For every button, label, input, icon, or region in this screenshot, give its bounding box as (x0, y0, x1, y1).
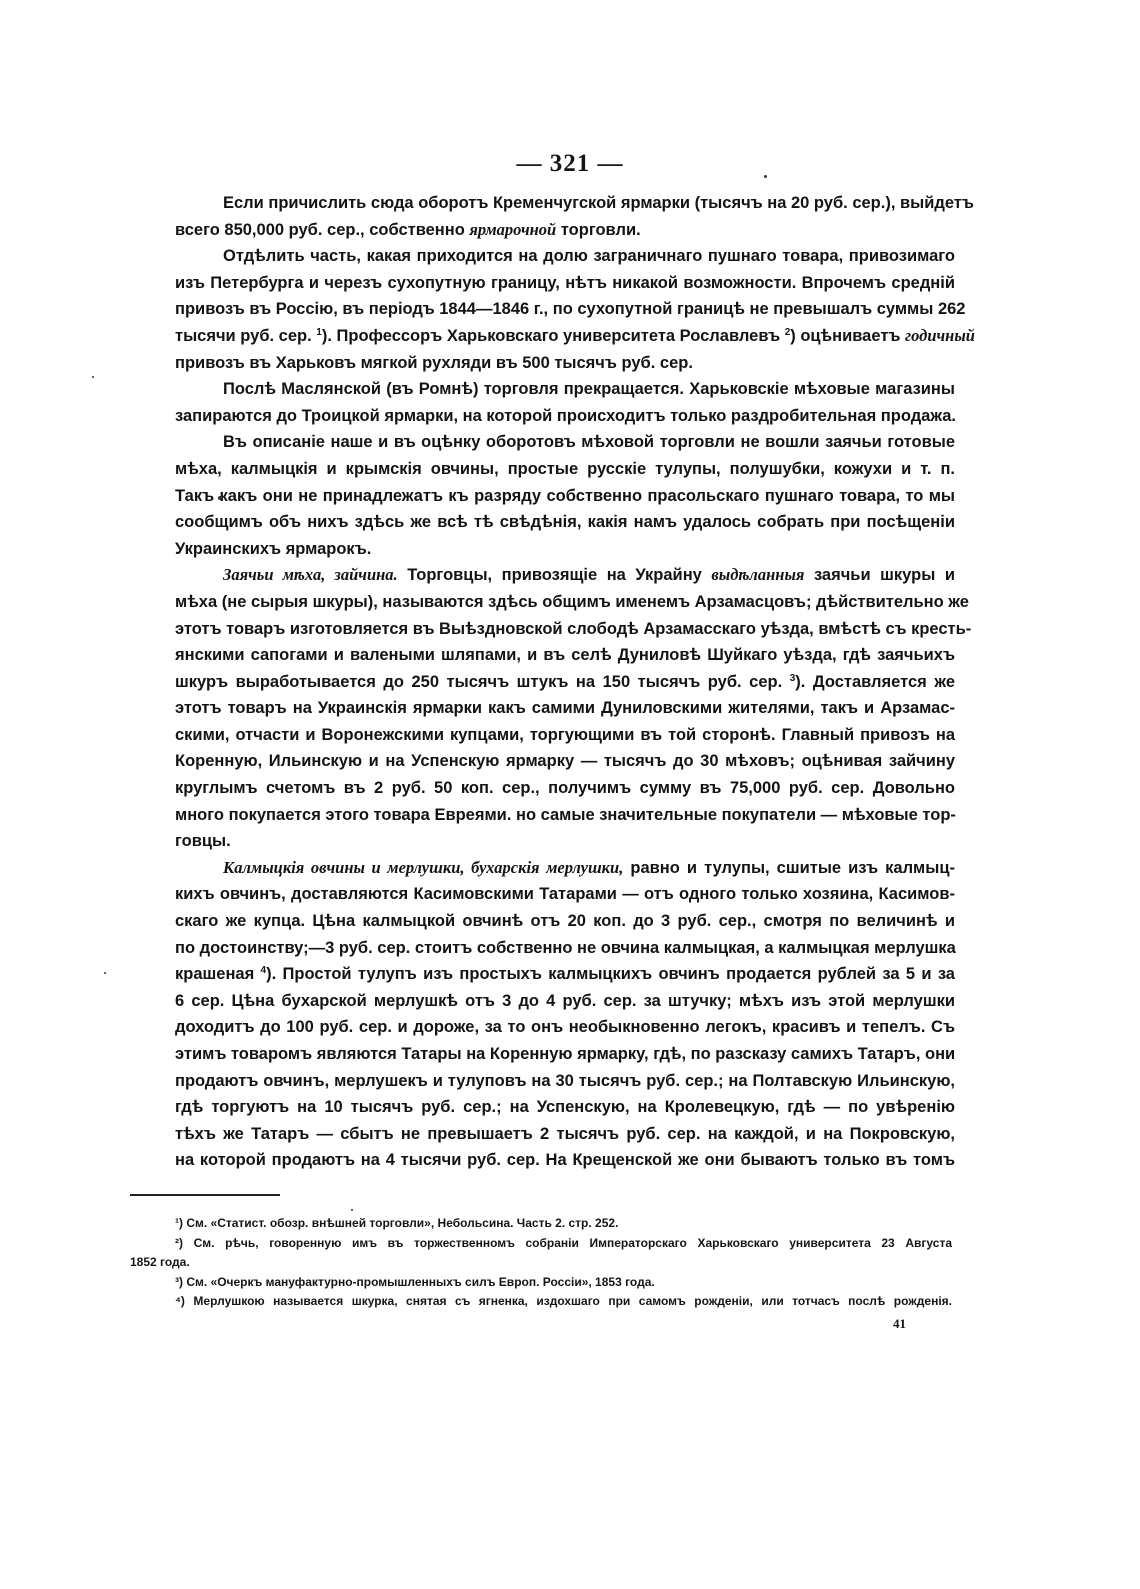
scan-speck (92, 376, 94, 378)
text-run: этотъ товаръ изготовляется въ Выѣздновск… (175, 620, 971, 638)
text-run: ). Доставляется же (795, 673, 955, 691)
text-run: Если причислить сюда оборотъ Кременчугск… (223, 194, 974, 212)
text-line: 6 сер. Цѣна бухарской мерлушкѣ отъ 3 до … (175, 988, 955, 1015)
text-line: мѣха (не сырыя шкуры), называются здѣсь … (175, 589, 955, 616)
text-run: тысячи руб. сер. (175, 327, 316, 345)
text-line: круглымъ счетомъ въ 2 руб. 50 коп. сер.,… (175, 775, 955, 802)
text-run: равно и тулупы, сшитые изъ калмыц- (623, 859, 955, 877)
text-line: Калмыцкія овчины и мерлушки, бухарскія м… (175, 855, 955, 882)
footnote-separator-rule (130, 1194, 280, 1196)
italic-heading: Заячьи мѣха, зайчина. (223, 565, 398, 584)
text-line: крашеная 4). Простой тулупъ изъ простыхъ… (175, 961, 955, 988)
text-run: этимъ товаромъ являются Татары на Коренн… (175, 1045, 955, 1063)
text-line: Если причислить сюда оборотъ Кременчугск… (175, 190, 955, 217)
text-run: торговли. (556, 221, 640, 239)
text-line: янскими сапогами и валеными шляпами, и в… (175, 642, 955, 669)
text-line: кихъ овчинъ, доставляются Касимовскими Т… (175, 881, 955, 908)
text-line: Коренную, Ильинскую и на Успенскую ярмар… (175, 748, 955, 775)
main-text: Если причислить сюда оборотъ Кременчугск… (175, 190, 955, 1174)
text-run: скаго же купца. Цѣна калмыцкой овчинѣ от… (175, 912, 955, 930)
text-run: сообщимъ объ нихъ здѣсь же всѣ тѣ свѣдѣн… (175, 513, 955, 531)
text-run: привозъ въ Харьковъ мягкой рухляди въ 50… (175, 354, 693, 372)
text-run: говцы. (175, 832, 231, 850)
text-run: Послѣ Маслянской (въ Ромнѣ) торговля пре… (223, 380, 955, 398)
italic-word: годичный (905, 326, 975, 345)
footnotes: ¹) См. «Статист. обозр. внѣшней торговли… (130, 1214, 952, 1312)
text-run: мѣха (не сырыя шкуры), называются здѣсь … (175, 593, 969, 611)
text-run: много покупается этого товара Евреями. н… (175, 806, 956, 824)
text-run: на которой продаютъ на 4 тысячи руб. сер… (175, 1151, 955, 1169)
text-line: Такъ какъ они не принадлежатъ къ разряду… (175, 483, 955, 510)
text-line: всего 850,000 руб. сер., собственно ярма… (175, 217, 955, 244)
text-line: скаго же купца. Цѣна калмыцкой овчинѣ от… (175, 908, 955, 935)
text-run: ). Профессоръ Харьковскаго университета … (322, 327, 785, 345)
footnote-line: ³) См. «Очеркъ мануфактурно-промышленных… (130, 1273, 952, 1293)
text-line: привозъ въ Харьковъ мягкой рухляди въ 50… (175, 350, 955, 377)
scan-speck (764, 175, 767, 178)
text-run: привозъ въ Россію, въ періодъ 1844—1846 … (175, 300, 965, 318)
text-line: привозъ въ Россію, въ періодъ 1844—1846 … (175, 296, 955, 323)
text-line: изъ Петербурга и черезъ сухопутную грани… (175, 270, 955, 297)
footnote-line: ²) См. рѣчь, говоренную имъ въ торжестве… (130, 1234, 952, 1254)
text-line: этимъ товаромъ являются Татары на Коренн… (175, 1041, 955, 1068)
text-line: этотъ товаръ изготовляется въ Выѣздновск… (175, 616, 955, 643)
text-run: ). Простой тулупъ изъ простыхъ калмыцких… (266, 965, 955, 983)
text-run: запираются до Троицкой ярмарки, на котор… (175, 407, 956, 425)
text-run: по достоинству;—3 руб. сер. стоитъ собст… (175, 939, 956, 957)
text-line: этотъ товаръ на Украинскія ярмарки какъ … (175, 695, 955, 722)
footnote-line: ¹) См. «Статист. обозр. внѣшней торговли… (130, 1214, 952, 1234)
scan-speck (104, 972, 106, 974)
text-run: продаютъ овчинъ, мерлушекъ и тулуповъ на… (175, 1072, 955, 1090)
text-line: говцы. (175, 828, 955, 855)
text-run: скими, отчасти и Воронежскими купцами, т… (175, 726, 955, 744)
text-run: Коренную, Ильинскую и на Успенскую ярмар… (175, 752, 955, 770)
text-run: всего 850,000 руб. сер., собственно (175, 221, 469, 239)
text-run: крашеная (175, 965, 261, 983)
text-line: доходитъ до 100 руб. сер. и дороже, за т… (175, 1014, 955, 1041)
text-run: ) оцѣниваетъ (790, 327, 905, 345)
text-line: гдѣ торгуютъ на 10 тысячъ руб. сер.; на … (175, 1094, 955, 1121)
text-run: Такъ какъ они не принадлежатъ къ разряду… (175, 487, 955, 505)
text-line: Отдѣлить часть, какая приходится на долю… (175, 243, 955, 270)
text-line: на которой продаютъ на 4 тысячи руб. сер… (175, 1147, 955, 1174)
text-line: Заячьи мѣха, зайчина. Торговцы, привозящ… (175, 562, 955, 589)
text-run: янскими сапогами и валеными шляпами, и в… (175, 646, 955, 664)
footnote-line: ⁴) Мерлушкою называется шкурка, снятая с… (130, 1292, 952, 1312)
text-run: шкуръ выработывается до 250 тысячъ штукъ… (175, 673, 790, 691)
footnote-line: 1852 года. (130, 1253, 952, 1273)
text-line: по достоинству;—3 руб. сер. стоитъ собст… (175, 935, 955, 962)
text-line: сообщимъ объ нихъ здѣсь же всѣ тѣ свѣдѣн… (175, 509, 955, 536)
text-line: тѣхъ же Татаръ — сбытъ не превышаетъ 2 т… (175, 1121, 955, 1148)
text-line: тысячи руб. сер. 1). Профессоръ Харьковс… (175, 323, 955, 350)
text-run: тѣхъ же Татаръ — сбытъ не превышаетъ 2 т… (175, 1125, 955, 1143)
text-run: гдѣ торгуютъ на 10 тысячъ руб. сер.; на … (175, 1098, 955, 1116)
text-line: шкуръ выработывается до 250 тысячъ штукъ… (175, 669, 955, 696)
book-page: — 321 — Если причислить сюда оборотъ Кре… (0, 0, 1140, 1589)
italic-word: ярмарочной (469, 220, 556, 239)
text-run: Въ описаніе наше и въ оцѣнку оборотовъ м… (223, 433, 955, 451)
text-line: много покупается этого товара Евреями. н… (175, 802, 955, 829)
text-run: мѣха, калмыцкія и крымскія овчины, прост… (175, 460, 955, 478)
text-line: мѣха, калмыцкія и крымскія овчины, прост… (175, 456, 955, 483)
text-line: скими, отчасти и Воронежскими купцами, т… (175, 722, 955, 749)
italic-heading: Калмыцкія овчины и мерлушки, бухарскія м… (223, 858, 623, 877)
italic-word: выдѣланныя (711, 565, 804, 584)
page-number: — 321 — (0, 150, 1140, 178)
text-line: Послѣ Маслянской (въ Ромнѣ) торговля пре… (175, 376, 955, 403)
text-line: Въ описаніе наше и въ оцѣнку оборотовъ м… (175, 429, 955, 456)
text-run: заячьи шкуры и (804, 566, 955, 584)
text-line: продаютъ овчинъ, мерлушекъ и тулуповъ на… (175, 1068, 955, 1095)
text-run: Отдѣлить часть, какая приходится на долю… (223, 247, 955, 265)
text-run: круглымъ счетомъ въ 2 руб. 50 коп. сер.,… (175, 779, 955, 797)
text-run: Украинскихъ ярмарокъ. (175, 540, 371, 558)
text-run: изъ Петербурга и черезъ сухопутную грани… (175, 274, 955, 292)
text-run: этотъ товаръ на Украинскія ярмарки какъ … (175, 699, 955, 717)
printer-signature-mark: 41 (893, 1316, 906, 1332)
text-run: кихъ овчинъ, доставляются Касимовскими Т… (175, 885, 955, 903)
text-run: Торговцы, привозящіе на Украйну (398, 566, 712, 584)
scan-speck (351, 1209, 353, 1211)
text-run: доходитъ до 100 руб. сер. и дороже, за т… (175, 1018, 955, 1036)
text-line: Украинскихъ ярмарокъ. (175, 536, 955, 563)
text-run: 6 сер. Цѣна бухарской мерлушкѣ отъ 3 до … (175, 992, 955, 1010)
text-line: запираются до Троицкой ярмарки, на котор… (175, 403, 955, 430)
scan-speck (218, 496, 222, 500)
